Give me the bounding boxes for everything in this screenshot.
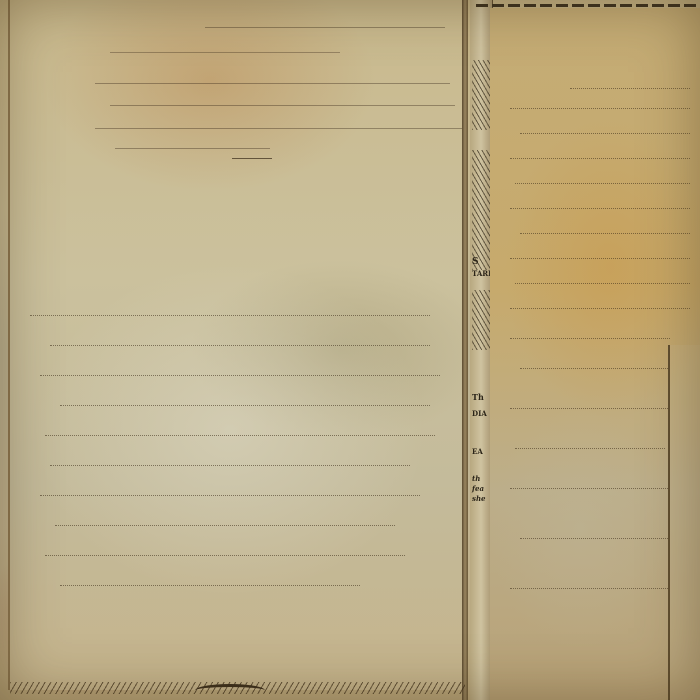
newspaper-fragment: DIA (472, 410, 487, 417)
faded-script (510, 258, 690, 260)
faded-script (510, 208, 690, 210)
newspaper-fragment: th (472, 475, 480, 482)
faded-script (510, 408, 670, 410)
faded-script (30, 315, 430, 317)
faded-script (515, 183, 690, 185)
faded-script (520, 133, 690, 135)
handwriting-line (110, 52, 340, 53)
faded-script (520, 233, 690, 235)
handwriting-line (110, 105, 455, 106)
faded-script (45, 555, 405, 557)
folded-paper-edge (668, 345, 700, 700)
newspaper-fragment: S (472, 258, 479, 267)
faded-script (50, 345, 430, 347)
handwriting-line (115, 148, 270, 149)
engraving-pattern (472, 150, 490, 270)
faded-script (45, 435, 435, 437)
faded-script (510, 488, 670, 490)
faded-script (510, 158, 690, 160)
newspaper-fragment: fea (472, 485, 484, 492)
newspaper-fragment: she (472, 495, 485, 502)
faded-script (55, 525, 395, 527)
vintage-paper-texture: S TARL Th DIA EA th fea she (0, 0, 700, 700)
faded-script (510, 338, 670, 340)
handwriting-line (95, 128, 465, 129)
faded-script (60, 585, 360, 587)
signature-underline (232, 158, 272, 159)
newspaper-fragment: EA (472, 448, 483, 455)
faded-script (515, 448, 665, 450)
faded-script (520, 538, 670, 540)
page-fold (462, 0, 468, 700)
faded-script (50, 465, 410, 467)
left-page (8, 0, 468, 690)
newspaper-fragment: Th (472, 393, 484, 401)
faded-script (40, 375, 440, 377)
faded-script (510, 308, 690, 310)
ornament-arc (195, 684, 265, 697)
newspaper-header-rule (476, 4, 700, 7)
faded-script (60, 405, 430, 407)
handwriting-line (205, 27, 445, 28)
engraving-pattern (472, 290, 490, 350)
faded-script (510, 588, 670, 590)
handwriting-line (95, 83, 450, 84)
faded-script (570, 88, 690, 90)
faded-script (40, 495, 420, 497)
engraving-pattern (472, 60, 490, 130)
faded-script (520, 368, 670, 370)
faded-script (515, 283, 690, 285)
faded-script (510, 108, 690, 110)
